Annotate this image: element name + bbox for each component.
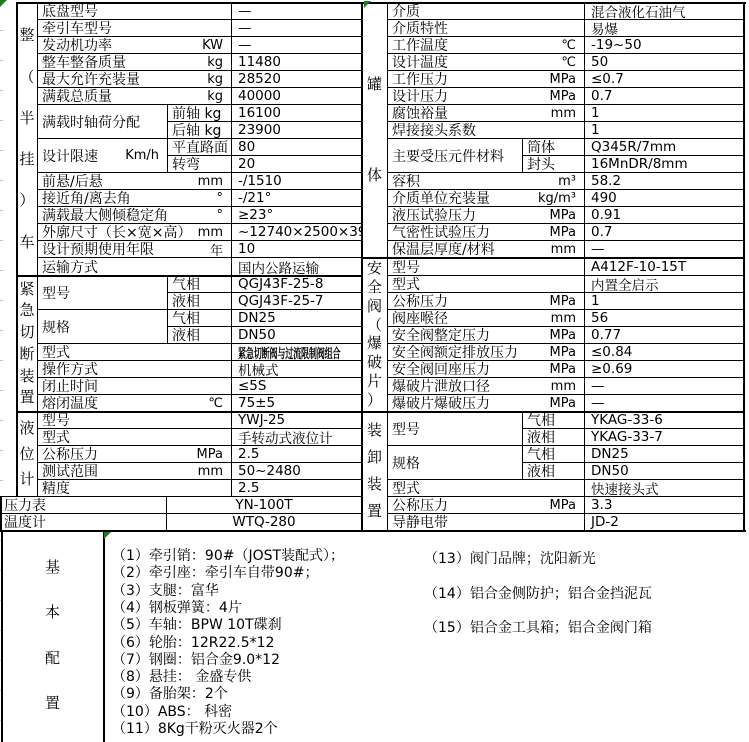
spec-attr-label: 操作方式 bbox=[38, 361, 98, 378]
grid-tick bbox=[0, 90, 3, 91]
spec-attr-label: 工作温度 bbox=[388, 37, 448, 54]
spec-value-cell: Q345R/7mm bbox=[585, 139, 744, 156]
footer-value-cell: YN-100T bbox=[167, 497, 362, 514]
spec-value: DN25 bbox=[238, 310, 276, 326]
spec-value-cell: 58.2 bbox=[585, 173, 744, 190]
spec-attr-cell: 主要受压元件材料 bbox=[388, 139, 523, 173]
spec-value: YKAG-33-7 bbox=[591, 429, 663, 445]
spec-unit-label: mm bbox=[551, 311, 584, 326]
spec-unit-label: MPa bbox=[550, 89, 584, 104]
spec-attr-cell: 工作压力MPa bbox=[388, 71, 585, 88]
table-border-line bbox=[362, 411, 744, 413]
spec-attr-cell: 焊接接头系数 bbox=[388, 122, 585, 139]
spec-value-cell: 56 bbox=[585, 310, 744, 327]
spec-attr-label: 容积 bbox=[388, 173, 420, 190]
spec-unit-label: mm bbox=[198, 464, 231, 479]
grid-tick bbox=[0, 240, 3, 241]
spec-attr-label: 爆破片爆破压力 bbox=[388, 395, 490, 412]
spec-value-cell: ≥23° bbox=[232, 207, 362, 224]
spec-attr-label: 安全阀回座压力 bbox=[388, 361, 490, 378]
section-label-char: 全 bbox=[367, 279, 382, 296]
spec-attr-label: 规格 bbox=[38, 317, 70, 337]
spec-sub-cell: 气相 bbox=[523, 412, 585, 429]
spec-attr-cell: 工作温度℃ bbox=[388, 37, 585, 54]
section-label-char: 本 bbox=[45, 604, 60, 621]
spec-sub-cell: 筒体 bbox=[523, 139, 585, 156]
green-flag-icon bbox=[364, 1, 371, 8]
spec-unit-label: MPa bbox=[550, 208, 584, 223]
section-label-char: 位 bbox=[19, 446, 34, 463]
spec-value-cell: 2.5 bbox=[232, 446, 362, 463]
spec-attr-label: 设计压力 bbox=[388, 88, 448, 105]
spec-value: YWJ-25 bbox=[238, 412, 285, 428]
section-label-char: （ bbox=[367, 317, 382, 334]
spec-attr-cell: 整车整备质量kg bbox=[38, 54, 232, 71]
spec-sub-label: 转弯 bbox=[172, 156, 200, 173]
spec-value: YKAG-33-6 bbox=[591, 412, 663, 428]
spec-value: 0.77 bbox=[591, 327, 621, 343]
spec-unit-label: ° bbox=[217, 191, 232, 206]
spec-unit-label: KW bbox=[202, 38, 231, 53]
spec-attr-cell: 闭止时间 bbox=[38, 378, 232, 395]
spec-unit-label: 年 bbox=[210, 241, 231, 258]
spec-value-cell: — bbox=[585, 395, 744, 412]
spec-sub-cell: 平直路面 bbox=[168, 139, 232, 156]
spec-value-cell: — bbox=[585, 378, 744, 395]
spec-attr-cell: 牵引车型号 bbox=[38, 20, 232, 37]
section-label-char: 装 bbox=[19, 368, 34, 385]
spec-value-cell: 3.3 bbox=[585, 497, 744, 514]
table-border-line bbox=[362, 257, 744, 259]
spec-value-cell: 0.7 bbox=[585, 88, 744, 105]
spec-attr-label: 满载时轴荷分配 bbox=[38, 112, 140, 132]
spec-value-cell: 混合液化石油气 bbox=[585, 3, 744, 20]
section-label-loading-device: 装卸装置 bbox=[362, 412, 388, 531]
spec-value: 80 bbox=[238, 139, 255, 155]
spec-attr-cell: 满载最大侧倾稳定角° bbox=[38, 207, 232, 224]
spec-attr-cell: 介质特性 bbox=[388, 20, 585, 37]
spec-value: 10 bbox=[238, 241, 255, 257]
grid-tick bbox=[0, 480, 3, 481]
spec-unit-label: kg bbox=[207, 72, 231, 87]
spec-value: 50~2480 bbox=[238, 463, 301, 479]
spec-attr-cell: 型号 bbox=[388, 412, 523, 446]
spec-value: 2.5 bbox=[238, 446, 259, 462]
spec-sub-label: 液相 bbox=[172, 293, 200, 310]
spec-sub-label: 气相 bbox=[172, 310, 200, 327]
spec-attr-label: 型式 bbox=[38, 429, 70, 446]
table-border-line bbox=[17, 2, 746, 4]
spec-value-cell: 机械式 bbox=[232, 361, 362, 378]
config-list-item: （5）车轴：BPW 10T碟刹 bbox=[112, 617, 412, 634]
spec-value: 2.5 bbox=[238, 480, 259, 496]
spec-attr-label: 导静电带 bbox=[388, 514, 448, 531]
spec-attr-label: 爆破片泄放口径 bbox=[388, 378, 490, 395]
spec-value: 50 bbox=[591, 54, 608, 70]
spec-attr-cell: 爆破片泄放口径mm bbox=[388, 378, 585, 395]
spec-attr-label: 精度 bbox=[38, 480, 70, 497]
spec-value-cell: 紧急切断阀与过流限制阀组合 bbox=[232, 344, 362, 361]
spec-attr-label: 测试范围 bbox=[38, 463, 98, 480]
spec-attr-label: 整车整备质量 bbox=[38, 54, 126, 71]
section-label-char: 计 bbox=[19, 471, 34, 488]
grid-tick bbox=[0, 180, 3, 181]
spec-unit-label: kg bbox=[207, 55, 231, 70]
spec-sub-cell: 转弯 bbox=[168, 156, 232, 173]
spec-attr-label: 发动机功率 bbox=[38, 37, 112, 54]
config-list-item: （2）牵引座：牵引车自带90#； bbox=[112, 565, 412, 582]
spec-sub-label: 平直路面 bbox=[172, 139, 228, 156]
spec-value: 内置全启示 bbox=[591, 276, 659, 293]
grid-tick bbox=[0, 300, 3, 301]
spec-sub-cell: 液相 bbox=[523, 429, 585, 446]
spec-sub-label: 气相 bbox=[172, 276, 200, 293]
spec-value: ≤5S bbox=[238, 378, 266, 394]
spec-value: 易爆 bbox=[591, 20, 618, 37]
table-border-line bbox=[103, 530, 105, 742]
spec-value: 1 bbox=[591, 293, 600, 309]
spec-attr-cell: 操作方式 bbox=[38, 361, 232, 378]
spec-attr-cell: 腐蚀裕量mm bbox=[388, 105, 585, 122]
spec-unit-label: ° bbox=[217, 208, 232, 223]
spec-attr-label: 满载最大侧倾稳定角 bbox=[38, 207, 168, 224]
spec-value: — bbox=[591, 395, 605, 411]
spec-value-cell: — bbox=[232, 20, 362, 37]
grid-tick bbox=[0, 210, 3, 211]
section-label-char: 装 bbox=[367, 476, 382, 493]
spec-attr-label: 介质 bbox=[388, 3, 420, 20]
spec-attr-cell: 型号 bbox=[38, 276, 168, 310]
spec-value-cell: ≤0.84 bbox=[585, 344, 744, 361]
spec-attr-cell: 介质单位充装量kg/m³ bbox=[388, 190, 585, 207]
footer-value: YN-100T bbox=[235, 497, 292, 513]
section-label-char: 半 bbox=[19, 110, 34, 127]
spec-value: — bbox=[238, 3, 252, 19]
spec-value-cell: DN25 bbox=[585, 446, 744, 463]
spec-unit-label: kg/m³ bbox=[538, 191, 584, 206]
spec-unit-label: mm bbox=[198, 174, 231, 189]
spec-value: ≥23° bbox=[238, 207, 273, 223]
spec-attr-cell: 发动机功率KW bbox=[38, 37, 232, 54]
spec-value-cell: -19~50 bbox=[585, 37, 744, 54]
spec-value-cell: 内置全启示 bbox=[585, 276, 744, 293]
spec-value-cell: 28520 bbox=[232, 71, 362, 88]
spec-unit-label: ℃ bbox=[561, 55, 584, 70]
spec-attr-label: 运输方式 bbox=[38, 258, 98, 276]
config-list-item: （8）悬挂： 金盛专供 bbox=[112, 669, 412, 686]
spec-attr-label: 接近角/离去角 bbox=[38, 190, 131, 207]
spec-value-cell: JD-2 bbox=[585, 514, 744, 531]
spec-attr-label: 型号 bbox=[38, 412, 70, 429]
spec-sub-label: 封头 bbox=[527, 156, 555, 173]
spec-value: 混合液化石油气 bbox=[591, 3, 686, 20]
grid-tick bbox=[0, 360, 3, 361]
spec-attr-cell: 安全阀整定压力MPa bbox=[388, 327, 585, 344]
grid-tick bbox=[0, 270, 3, 271]
spec-value: A412F-10-15T bbox=[591, 259, 686, 275]
spec-unit-label: MPa bbox=[197, 447, 231, 462]
spec-sub-cell: 液相 bbox=[523, 463, 585, 480]
spec-value-cell: 2.5 bbox=[232, 480, 362, 497]
spec-attr-cell: 阀座喉径mm bbox=[388, 310, 585, 327]
spec-attr-label: 满载总质量 bbox=[38, 88, 112, 105]
spec-value-cell: ≥0.69 bbox=[585, 361, 744, 378]
spec-attr-label: 焊接接头系数 bbox=[388, 122, 476, 139]
green-flag-icon bbox=[104, 532, 111, 539]
config-list-item: （15）铝合金工具箱；铝合金阀门箱 bbox=[424, 620, 744, 637]
spec-value-cell: 1 bbox=[585, 105, 744, 122]
spec-sub-label: 液相 bbox=[527, 429, 555, 446]
config-list-item: （6）轮胎：12R22.5*12 bbox=[112, 635, 412, 652]
spec-attr-cell: 规格 bbox=[388, 446, 523, 480]
spec-attr-cell: 熔闭温度℃ bbox=[38, 395, 232, 412]
spec-value: 快速接头式 bbox=[591, 480, 659, 497]
section-label-char: ） bbox=[367, 392, 382, 409]
spec-attr-label: 设计限速 bbox=[38, 146, 98, 166]
grid-tick bbox=[0, 450, 3, 451]
section-label-char: 切 bbox=[19, 324, 34, 341]
table-border-line bbox=[0, 496, 17, 497]
spec-value-cell: 50~2480 bbox=[232, 463, 362, 480]
spec-value: 75±5 bbox=[238, 395, 275, 411]
table-border-line bbox=[743, 2, 745, 532]
section-label-char: 片 bbox=[367, 373, 382, 390]
spec-value: 28520 bbox=[238, 71, 281, 87]
spec-attr-cell: 安全阀额定排放压力MPa bbox=[388, 344, 585, 361]
config-list-item: （9）备胎架：2个 bbox=[112, 686, 412, 703]
spec-value: ~12740×2500×3990 bbox=[238, 224, 362, 240]
section-label-char: 置 bbox=[367, 503, 382, 520]
green-flag-icon bbox=[0, 0, 7, 7]
spec-unit-label: mm bbox=[198, 225, 231, 240]
section-label-char: 体 bbox=[367, 167, 382, 184]
spec-unit-label: mm bbox=[551, 379, 584, 394]
grid-tick bbox=[0, 120, 3, 121]
spec-value-cell: 10 bbox=[232, 241, 362, 258]
section-label-char: 爆 bbox=[367, 335, 382, 352]
section-label-char: 紧 bbox=[19, 281, 34, 298]
spec-value-cell: YKAG-33-7 bbox=[585, 429, 744, 446]
spec-unit-label: MPa bbox=[550, 225, 584, 240]
spec-attr-cell: 容积m³ bbox=[388, 173, 585, 190]
spec-value-cell: ~12740×2500×3990 bbox=[232, 224, 362, 241]
section-label-char: 整 bbox=[19, 27, 34, 44]
spec-sub-cell: 气相 bbox=[168, 310, 232, 327]
spec-value: 40000 bbox=[238, 88, 281, 104]
spec-attr-cell: 设计限速Km/h bbox=[38, 139, 168, 173]
spec-attr-cell: 运输方式 bbox=[38, 258, 232, 276]
section-label-level-gauge: 液位计 bbox=[17, 412, 38, 497]
spec-value: 0.91 bbox=[591, 207, 621, 223]
spec-attr-label: 安全阀额定排放压力 bbox=[388, 344, 518, 361]
spec-attr-label: 介质单位充装量 bbox=[388, 190, 490, 207]
grid-tick bbox=[0, 330, 3, 331]
spec-value-cell: 75±5 bbox=[232, 395, 362, 412]
spec-value: 国内公路运输 bbox=[238, 258, 319, 276]
spec-value-cell: A412F-10-15T bbox=[585, 258, 744, 276]
spec-unit-label: MPa bbox=[550, 294, 584, 309]
spec-attr-cell: 保温层厚度/材料mm bbox=[388, 241, 585, 258]
spec-unit-label: ℃ bbox=[208, 396, 231, 411]
spec-attr-label: 闭止时间 bbox=[38, 378, 98, 395]
spec-attr-label: 设计温度 bbox=[388, 54, 448, 71]
spec-attr-label: 型号 bbox=[38, 283, 70, 303]
spec-unit-label: MPa bbox=[550, 72, 584, 87]
spec-value: 紧急切断阀与过流限制阀组合 bbox=[238, 344, 340, 361]
spec-value-cell: -/1510 bbox=[232, 173, 362, 190]
spec-value-cell: 23900 bbox=[232, 122, 362, 139]
spec-attr-cell: 导静电带 bbox=[388, 514, 585, 531]
section-label-char: ） bbox=[19, 192, 34, 209]
spec-attr-label: 熔闭温度 bbox=[38, 395, 98, 412]
spec-sub-label: 气相 bbox=[527, 446, 555, 463]
spec-value: — bbox=[591, 241, 605, 257]
section-label-char: 罐 bbox=[367, 76, 382, 93]
spec-value: 16MnDR/8mm bbox=[591, 156, 688, 172]
section-label-char: 置 bbox=[19, 389, 34, 406]
spec-attr-label: 型式 bbox=[388, 480, 420, 497]
spec-value-cell: 490 bbox=[585, 190, 744, 207]
spec-unit-label: MPa bbox=[550, 328, 584, 343]
section-label-char: 阀 bbox=[367, 298, 382, 315]
config-list-item: （14）铝合金侧防护；铝合金挡泥瓦 bbox=[424, 586, 744, 603]
spec-unit-label: MPa bbox=[550, 362, 584, 377]
spec-attr-cell: 型式 bbox=[388, 480, 585, 497]
spec-attr-label: 公称压力 bbox=[388, 497, 448, 514]
spec-attr-cell: 设计预期使用年限年 bbox=[38, 241, 232, 258]
spec-attr-label: 安全阀整定压力 bbox=[388, 327, 490, 344]
spec-value: DN50 bbox=[238, 327, 276, 343]
spec-value-cell: — bbox=[232, 37, 362, 54]
spec-attr-label: 牵引车型号 bbox=[38, 20, 112, 37]
config-list-item: （1）牵引销：90#（JOST装配式）； bbox=[112, 548, 412, 565]
spec-value: 56 bbox=[591, 310, 608, 326]
spec-value-cell: 1 bbox=[585, 122, 744, 139]
spec-sheet: 底盘型号—牵引车型号—发动机功率KW—整车整备质量kg11480最大允许充装量k… bbox=[0, 0, 749, 742]
spec-value: 0.7 bbox=[591, 224, 612, 240]
spec-value: ≥0.69 bbox=[591, 361, 632, 377]
section-label-char: 液 bbox=[19, 420, 34, 437]
spec-attr-cell: 满载时轴荷分配 bbox=[38, 105, 168, 139]
spec-sub-cell: 气相 bbox=[168, 276, 232, 293]
section-label-basic-config: 基本配置 bbox=[2, 531, 103, 740]
grid-tick bbox=[0, 390, 3, 391]
spec-attr-label: 腐蚀裕量 bbox=[388, 105, 448, 122]
spec-value-cell: ≤5S bbox=[232, 378, 362, 395]
spec-attr-label: 外廓尺寸（长×宽×高） bbox=[38, 224, 191, 241]
spec-attr-cell: 型式 bbox=[38, 344, 232, 361]
spec-attr-label: 阀座喉径 bbox=[388, 310, 448, 327]
table-border-line bbox=[17, 411, 362, 413]
spec-unit-label: mm bbox=[551, 106, 584, 121]
spec-attr-label: 保温层厚度/材料 bbox=[388, 241, 495, 258]
spec-value-cell: — bbox=[232, 3, 362, 20]
spec-attr-label: 主要受压元件材料 bbox=[388, 146, 504, 166]
spec-value: — bbox=[238, 37, 252, 53]
section-label-tank-body: 罐体 bbox=[362, 3, 388, 258]
spec-attr-cell: 气密性试验压力MPa bbox=[388, 224, 585, 241]
spec-attr-cell: 公称压力MPa bbox=[388, 293, 585, 310]
spec-value: 1 bbox=[591, 105, 600, 121]
spec-attr-cell: 安全阀回座压力MPa bbox=[388, 361, 585, 378]
section-label-char: 挂 bbox=[19, 151, 34, 168]
spec-sub-label: 筒体 bbox=[527, 139, 555, 156]
spec-value-cell: QGJ43F-25-7 bbox=[232, 293, 362, 310]
spec-unit-label: ℃ bbox=[561, 38, 584, 53]
grid-tick bbox=[0, 60, 3, 61]
table-border-line bbox=[1, 530, 3, 742]
spec-value: QGJ43F-25-8 bbox=[238, 276, 324, 292]
spec-value: 16100 bbox=[238, 105, 281, 121]
footer-attr-label: 温度计 bbox=[0, 514, 46, 531]
spec-attr-label: 公称压力 bbox=[388, 293, 448, 310]
section-label-char: （ bbox=[19, 69, 34, 86]
spec-value-cell: 80 bbox=[232, 139, 362, 156]
spec-sub-label: 前轴 kg bbox=[172, 105, 221, 122]
spec-attr-cell: 型号 bbox=[38, 412, 232, 429]
spec-attr-cell: 精度 bbox=[38, 480, 232, 497]
spec-unit-label: mm bbox=[551, 242, 584, 257]
section-label-char: 基 bbox=[45, 559, 60, 576]
spec-value-cell: DN50 bbox=[585, 463, 744, 480]
spec-value-cell: 50 bbox=[585, 54, 744, 71]
spec-sub-cell: 气相 bbox=[523, 446, 585, 463]
spec-attr-cell: 公称压力MPa bbox=[388, 497, 585, 514]
section-label-char: 卸 bbox=[367, 449, 382, 466]
spec-attr-cell: 型式 bbox=[388, 276, 585, 293]
spec-sub-cell: 封头 bbox=[523, 156, 585, 173]
spec-value-cell: 11480 bbox=[232, 54, 362, 71]
section-label-char: 装 bbox=[367, 422, 382, 439]
spec-sub-label: 液相 bbox=[172, 327, 200, 344]
footer-attr-cell: 温度计 bbox=[0, 514, 167, 531]
table-border-line bbox=[361, 2, 363, 532]
grid-tick bbox=[0, 30, 3, 31]
config-list-item: （4）钢板弹簧：4片 bbox=[112, 600, 412, 617]
spec-sub-cell: 前轴 kg bbox=[168, 105, 232, 122]
spec-value: DN50 bbox=[591, 463, 629, 479]
footer-attr-label: 压力表 bbox=[0, 497, 46, 514]
footer-attr-cell: 压力表 bbox=[0, 497, 167, 514]
spec-attr-label: 液压试验压力 bbox=[388, 207, 476, 224]
spec-value-cell: -/21° bbox=[232, 190, 362, 207]
grid-tick bbox=[0, 420, 3, 421]
spec-sub-cell: 液相 bbox=[168, 327, 232, 344]
spec-attr-cell: 接近角/离去角° bbox=[38, 190, 232, 207]
spec-attr-cell: 设计温度℃ bbox=[388, 54, 585, 71]
spec-value: 490 bbox=[591, 190, 617, 206]
spec-value: 手转动式液位计 bbox=[238, 429, 333, 446]
spec-value: 0.7 bbox=[591, 88, 612, 104]
config-list-item: （7）钢圈：铝合金9.0*12 bbox=[112, 652, 412, 669]
grid-tick bbox=[0, 150, 3, 151]
config-list-item: （13）阀门品牌；沈阳新光 bbox=[424, 551, 744, 568]
spec-value: -/1510 bbox=[238, 173, 282, 189]
config-list-item: （11）8Kg干粉灭火器2个 bbox=[112, 721, 412, 738]
spec-attr-cell: 型号 bbox=[388, 258, 585, 276]
spec-attr-label: 公称压力 bbox=[38, 446, 98, 463]
spec-value: 3.3 bbox=[591, 497, 612, 513]
spec-value: QGJ43F-25-7 bbox=[238, 293, 324, 309]
spec-attr-label: 规格 bbox=[388, 453, 420, 473]
spec-attr-cell: 液压试验压力MPa bbox=[388, 207, 585, 224]
spec-sub-label: 气相 bbox=[527, 412, 555, 429]
table-border-line bbox=[0, 496, 2, 532]
section-label-char: 置 bbox=[45, 695, 60, 712]
spec-unit-label: MPa bbox=[550, 498, 584, 513]
spec-value: JD-2 bbox=[591, 514, 619, 530]
spec-value-cell: YWJ-25 bbox=[232, 412, 362, 429]
